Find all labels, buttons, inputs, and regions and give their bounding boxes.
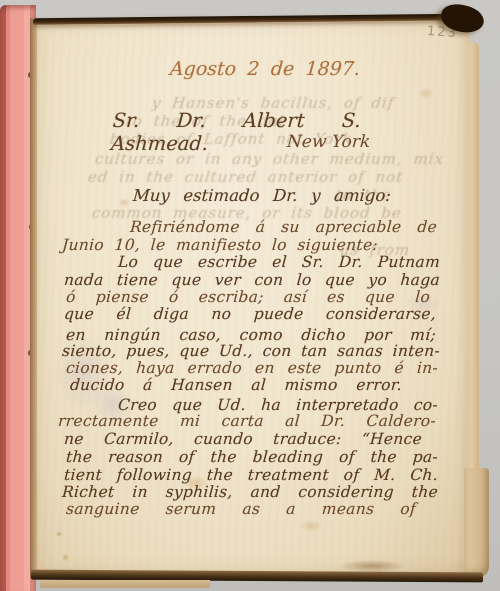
photograph-background: y Hansen's bacillus, of dif to the of th…: [0, 0, 500, 591]
letter-recipient-city: New York: [286, 132, 371, 152]
letter-body-line: Lo que escribe el Sr. Dr. Putnam: [117, 255, 440, 271]
letter-body-line: Junio 10, le manifiesto lo siguiente:: [61, 238, 378, 254]
letter-body-line: tient following the treatment of M. Ch.: [63, 468, 438, 484]
letter-body-line: que él diga no puede considerarse,: [63, 307, 436, 323]
page-block-bottom: [40, 580, 210, 588]
letter-body-line: Richet in syphilis, and considering the: [61, 485, 438, 501]
letter-body-line: rrectamente mi carta al Dr. Caldero-: [57, 414, 436, 430]
letter-salutation: Muy estimado Dr. y amigo:: [132, 186, 391, 205]
letter-body-line: siento, pues, que Ud., con tan sanas int…: [61, 344, 440, 360]
letter-body-line: ducido á Hansen al mismo error.: [69, 378, 402, 394]
letter-body-line: the reason of the bleading of the pa-: [65, 450, 438, 466]
page-fore-edge: [463, 42, 479, 484]
letter-body-line: sanguine serum as a means of: [65, 502, 416, 518]
letter-date: Agosto 2 de 1897.: [169, 58, 361, 80]
letter-body-line: Refiriéndome á su apreciable de: [129, 220, 437, 236]
page-block-corner: [464, 468, 489, 578]
letter-body-line: nada tiene que ver con lo que yo haga: [63, 273, 440, 289]
letter-body-line: ne Carmilo, cuando traduce: “Hence: [63, 432, 422, 448]
letter-body-line: ó piense ó escriba; así es que lo: [65, 290, 430, 306]
bleedthrough-line: ed in the cultured anterior of not: [87, 168, 404, 186]
letter-body-line: ciones, haya errado en este punto é in-: [65, 361, 438, 377]
